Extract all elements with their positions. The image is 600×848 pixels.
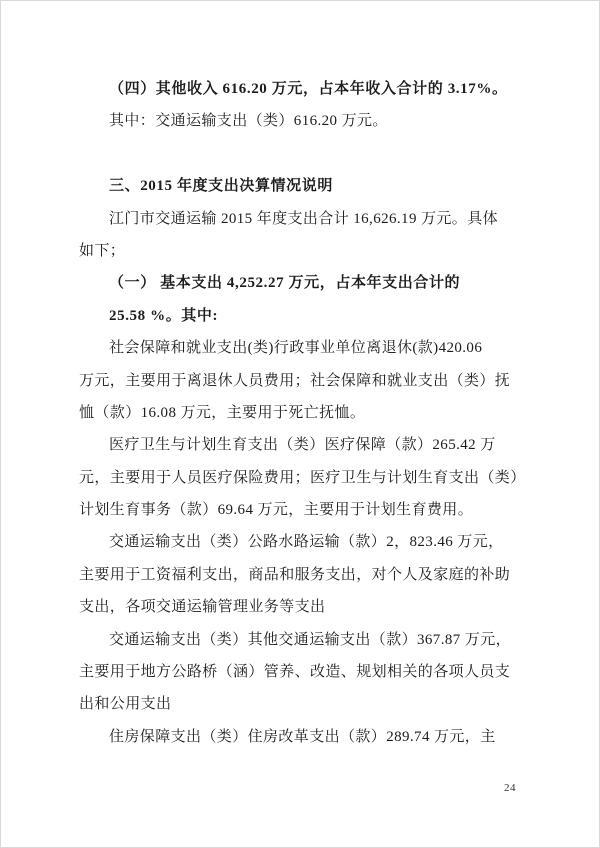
text-line: 医疗卫生与计划生育支出（类）医疗保障（款）265.42 万 xyxy=(79,429,525,461)
text-line: 万元，主要用于离退休人员费用；社会保障和就业支出（类）抚 xyxy=(79,365,525,397)
document-body: （四）其他收入 616.20 万元，占本年收入合计的 3.17%。其中：交通运输… xyxy=(79,73,525,753)
text-line: 其中：交通运输支出（类）616.20 万元。 xyxy=(79,105,525,137)
text-line: 交通运输支出（类）公路水路运输（款）2，823.46 万元， xyxy=(79,526,525,558)
text-line: 住房保障支出（类）住房改革支出（款）289.74 万元，主 xyxy=(79,721,525,753)
text-line: 支出，各项交通运输管理业务等支出 xyxy=(79,591,525,623)
document-page: （四）其他收入 616.20 万元，占本年收入合计的 3.17%。其中：交通运输… xyxy=(0,0,600,848)
text-line: 社会保障和就业支出(类)行政事业单位离退休(款)420.06 xyxy=(79,332,525,364)
text-line: 计划生育事务（款）69.64 万元，主要用于计划生育费用。 xyxy=(79,494,525,526)
blank-line xyxy=(79,138,525,170)
text-line: 江门市交通运输 2015 年度支出合计 16,626.19 万元。具体 xyxy=(79,203,525,235)
text-line: 主要用于工资福利支出，商品和服务支出，对个人及家庭的补助 xyxy=(79,559,525,591)
text-line: 如下； xyxy=(79,235,525,267)
text-line: 三、2015 年度支出决算情况说明 xyxy=(79,170,525,202)
text-line: 恤（款）16.08 万元，主要用于死亡抚恤。 xyxy=(79,397,525,429)
text-line: 主要用于地方公路桥（涵）管养、改造、规划相关的各项人员支 xyxy=(79,656,525,688)
text-line: 元，主要用于人员医疗保险费用；医疗卫生与计划生育支出（类） xyxy=(79,462,525,494)
text-line: 出和公用支出 xyxy=(79,688,525,720)
text-line: （一） 基本支出 4,252.27 万元，占本年支出合计的 xyxy=(79,267,525,299)
text-line: （四）其他收入 616.20 万元，占本年收入合计的 3.17%。 xyxy=(79,73,525,105)
text-line: 25.58 %。其中: xyxy=(79,300,525,332)
text-line: 交通运输支出（类）其他交通运输支出（款）367.87 万元， xyxy=(79,624,525,656)
page-number: 24 xyxy=(504,781,516,795)
